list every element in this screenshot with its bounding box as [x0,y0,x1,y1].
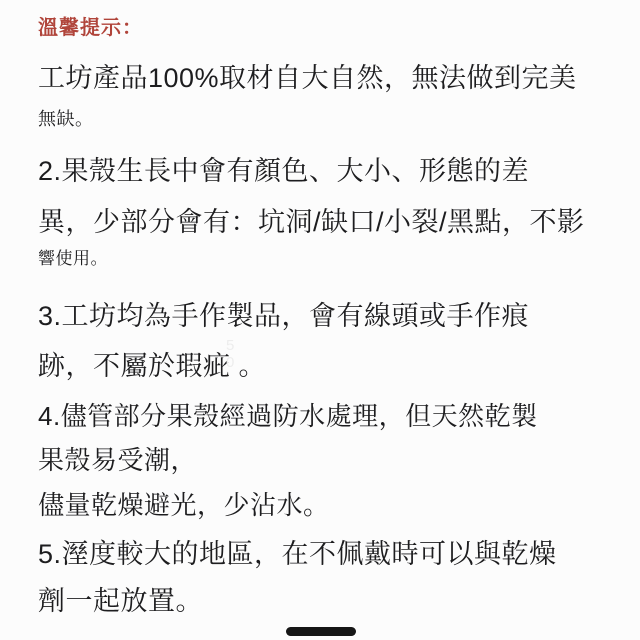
paragraph-4-line-2: 果殼易受潮， [38,446,197,476]
paragraph-1-line-2: 無缺。 [38,109,94,130]
paragraph-2-line-2: 異，少部分會有：坑洞/缺口/小裂/黑點，不影 [38,207,585,238]
notice-page: 溫馨提示： 工坊產品100%取材自大自然，無法做到完美 無缺。 2.果殼生長中會… [0,0,640,640]
paragraph-3-line-1: 3.工坊均為手作製品，會有線頭或手作痕 [38,301,529,332]
paragraph-4-line-3: 儘量乾燥避光，少沾水。 [38,491,330,521]
paragraph-4-line-1: 4.儘管部分果殼經過防水處理，但天然乾製 [38,402,538,432]
paragraph-2-line-3: 響使用。 [38,249,108,269]
faint-ghost-mark: 5 0 [226,338,234,371]
paragraph-1-line-1: 工坊產品100%取材自大自然，無法做到完美 [38,63,577,94]
paragraph-2-line-1: 2.果殼生長中會有顏色、大小、形態的差 [38,156,529,187]
home-indicator-bar [286,627,356,636]
paragraph-5-line-1: 5.溼度較大的地區，在不佩戴時可以與乾燥 [38,539,557,570]
paragraph-5-line-2: 劑一起放置。 [38,586,203,617]
notice-title: 溫馨提示： [38,17,143,40]
